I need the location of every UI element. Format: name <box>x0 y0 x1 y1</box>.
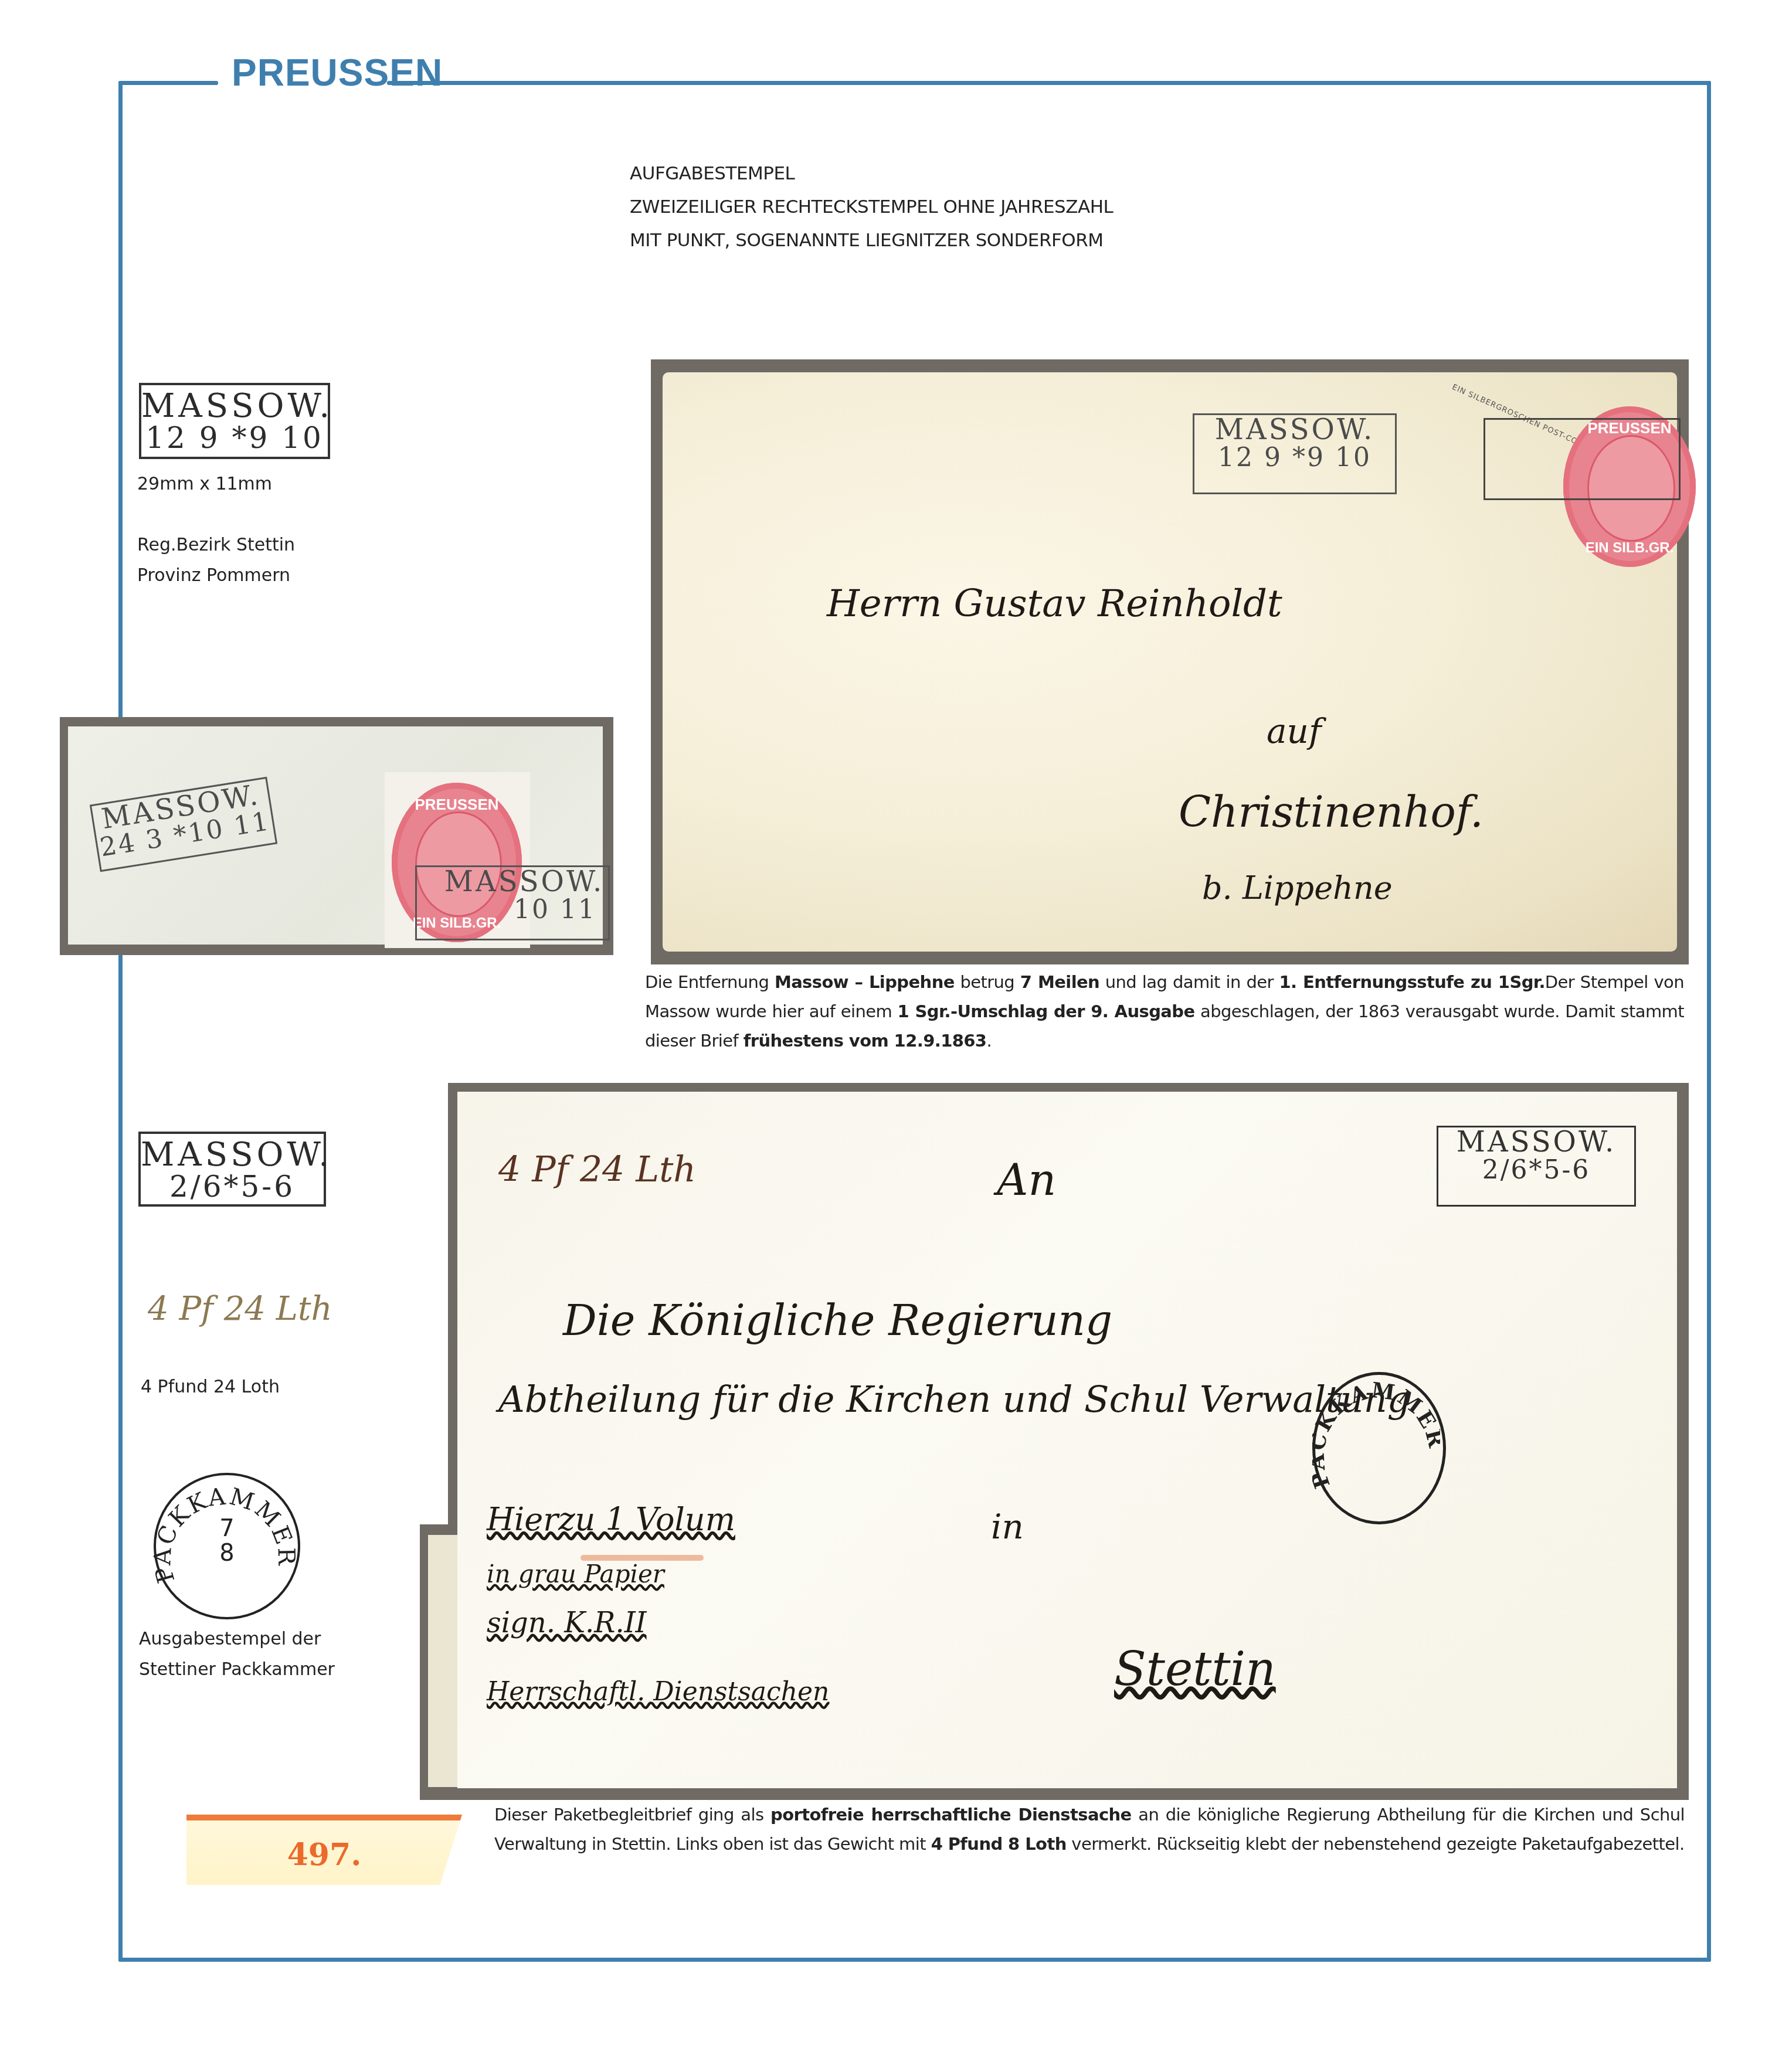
address-line: Stettin <box>1114 1642 1276 1696</box>
page-title: PREUSSEN <box>232 54 443 91</box>
parcel-number: 497. <box>186 1837 462 1873</box>
massow-stamp-replica-1: MASSOW. 12 9 *9 10 <box>139 383 330 459</box>
stamp-month: 8 <box>156 1540 298 1567</box>
left-note: Herrschaftl. Dienstsachen <box>487 1677 829 1707</box>
cancel-town: MASSOW. <box>1438 1127 1634 1157</box>
weight-note: 4 Pf 24 Lth <box>498 1149 696 1190</box>
section-heading: AUFGABESTEMPEL ZWEIZEILIGER RECHTECKSTEM… <box>630 157 1113 257</box>
parcel-label: 497. <box>186 1815 462 1885</box>
stamp-bottom-text: EIN SILB.GR. <box>1563 540 1696 556</box>
envelope2-cancel: MASSOW. 2/6*5-6 <box>1437 1126 1636 1207</box>
left-note: Hierzu 1 Volum <box>487 1501 735 1538</box>
stamp-day: 7 <box>156 1515 298 1542</box>
caption-line: Stettiner Packkammer <box>139 1655 335 1685</box>
envelope1-description: Die Entfernung Massow – Lippehne betrug … <box>645 967 1684 1055</box>
address-line: Die Königliche Regierung <box>563 1296 1112 1345</box>
cancel-date: 2/6*5-6 <box>1438 1157 1634 1184</box>
address-line: Herrn Gustav Reinholdt <box>827 582 1282 626</box>
envelope1-mount: MASSOW. 12 9 *9 10 EIN SILBERGROSCHEN PO… <box>651 359 1689 964</box>
address-line: Christinenhof. <box>1179 787 1484 837</box>
stamp-top-text: PREUSSEN <box>392 796 522 814</box>
address-line: b. Lippehne <box>1202 869 1393 906</box>
frame-bottom <box>118 1958 1711 1962</box>
envelope2-description: Dieser Paketbegleitbrief ging als portof… <box>494 1800 1685 1859</box>
stamp-date: 12 9 *9 10 <box>141 423 328 453</box>
massow-stamp-replica-2: MASSOW. 2/6*5-6 <box>138 1132 326 1207</box>
stamp-date: 2/6*5-6 <box>141 1171 324 1202</box>
label-line <box>186 1815 462 1820</box>
cancel-date: 10 11 <box>417 896 608 923</box>
frame-top-left <box>118 81 218 85</box>
address-line: auf <box>1267 711 1321 751</box>
cancel-date: 12 9 *9 10 <box>1194 444 1395 471</box>
packkammer-stamp-replica: PACKKAMMER 7 8 <box>154 1473 300 1619</box>
weight-caption: 4 Pfund 24 Loth <box>141 1372 280 1402</box>
ring-text: PACKKAMMER <box>1312 1372 1440 1519</box>
fragment-mount: MASSOW. 24 3 *10 11 PREUSSEN EIN SILB.GR… <box>60 717 613 955</box>
frame-left <box>118 81 123 720</box>
stamp-size-caption: 29mm x 11mm <box>137 469 272 500</box>
region-line: Reg.Bezirk Stettin <box>137 530 295 561</box>
address-line: An <box>997 1155 1056 1205</box>
envelope1-cancel: MASSOW. 12 9 *9 10 <box>1193 413 1397 494</box>
address-line: Abtheilung für die Kirchen und Schul Ver… <box>498 1378 1410 1421</box>
heading-line: AUFGABESTEMPEL <box>630 157 1113 191</box>
frame-right <box>1707 81 1711 1962</box>
caption-line: Ausgabestempel der <box>139 1624 335 1655</box>
address-line: in <box>991 1507 1024 1547</box>
stamp-town: MASSOW. <box>141 390 328 423</box>
cancel-town: MASSOW. <box>1194 415 1395 444</box>
frame-top-right <box>387 81 1711 85</box>
packkammer-caption: Ausgabestempel der Stettiner Packkammer <box>139 1624 335 1685</box>
heading-line: MIT PUNKT, SOGENANNTE LIEGNITZER SONDERF… <box>630 224 1113 257</box>
cancel-town: MASSOW. <box>417 867 608 896</box>
weight-script-replica: 4 Pf 24 Lth <box>148 1290 332 1328</box>
fragment-cancel-right: MASSOW. 10 11 <box>415 865 610 940</box>
svg-text:PACKKAMMER: PACKKAMMER <box>1312 1378 1440 1492</box>
left-note: sign. K.R.II <box>487 1606 647 1639</box>
region-caption: Reg.Bezirk Stettin Provinz Pommern <box>137 530 295 591</box>
region-line: Provinz Pommern <box>137 561 295 591</box>
envelope2-packkammer-stamp: PACKKAMMER <box>1312 1372 1446 1524</box>
left-note: in grau Papier <box>487 1560 664 1588</box>
heading-line: ZWEIZEILIGER RECHTECKSTEMPEL OHNE JAHRES… <box>630 191 1113 224</box>
stamp-town: MASSOW. <box>141 1139 324 1171</box>
frame-left-lower <box>118 955 123 1962</box>
envelope1-cancel-on-stamp <box>1484 418 1681 500</box>
